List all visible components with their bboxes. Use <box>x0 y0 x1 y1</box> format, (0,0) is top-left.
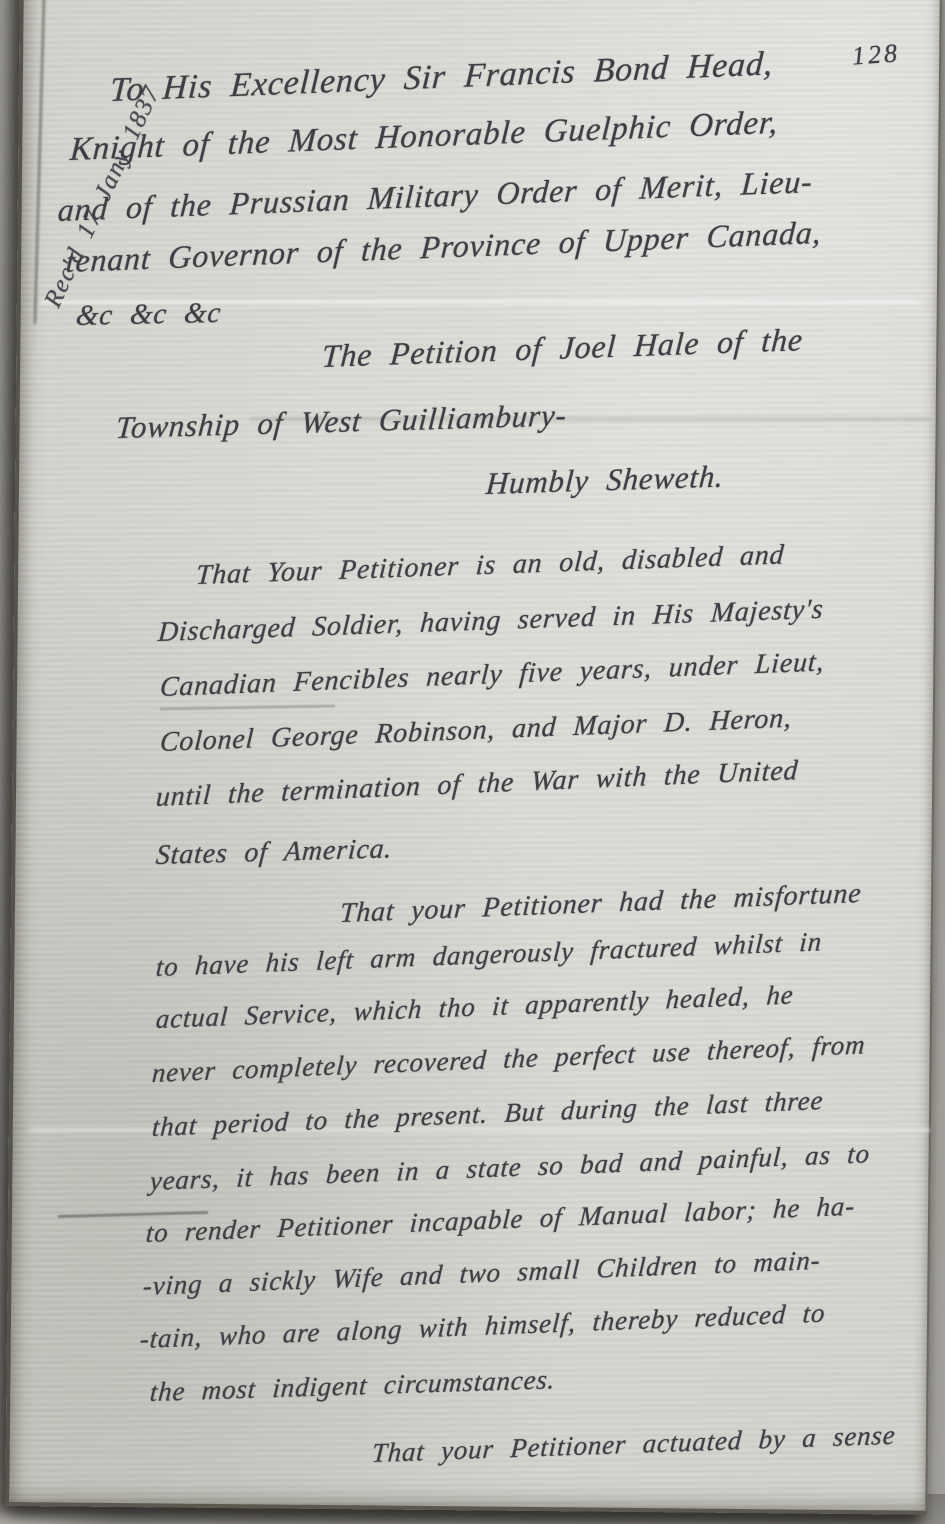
page-number: 128 <box>851 38 901 71</box>
handwritten-line: Humbly Sheweth. <box>485 458 726 502</box>
handwritten-line: &c &c &c <box>75 297 223 333</box>
handwritten-line: States of America. <box>155 833 394 872</box>
scanned-document: 128 Rec'd 17 Jany 1837 To His Excellency… <box>0 0 945 1524</box>
